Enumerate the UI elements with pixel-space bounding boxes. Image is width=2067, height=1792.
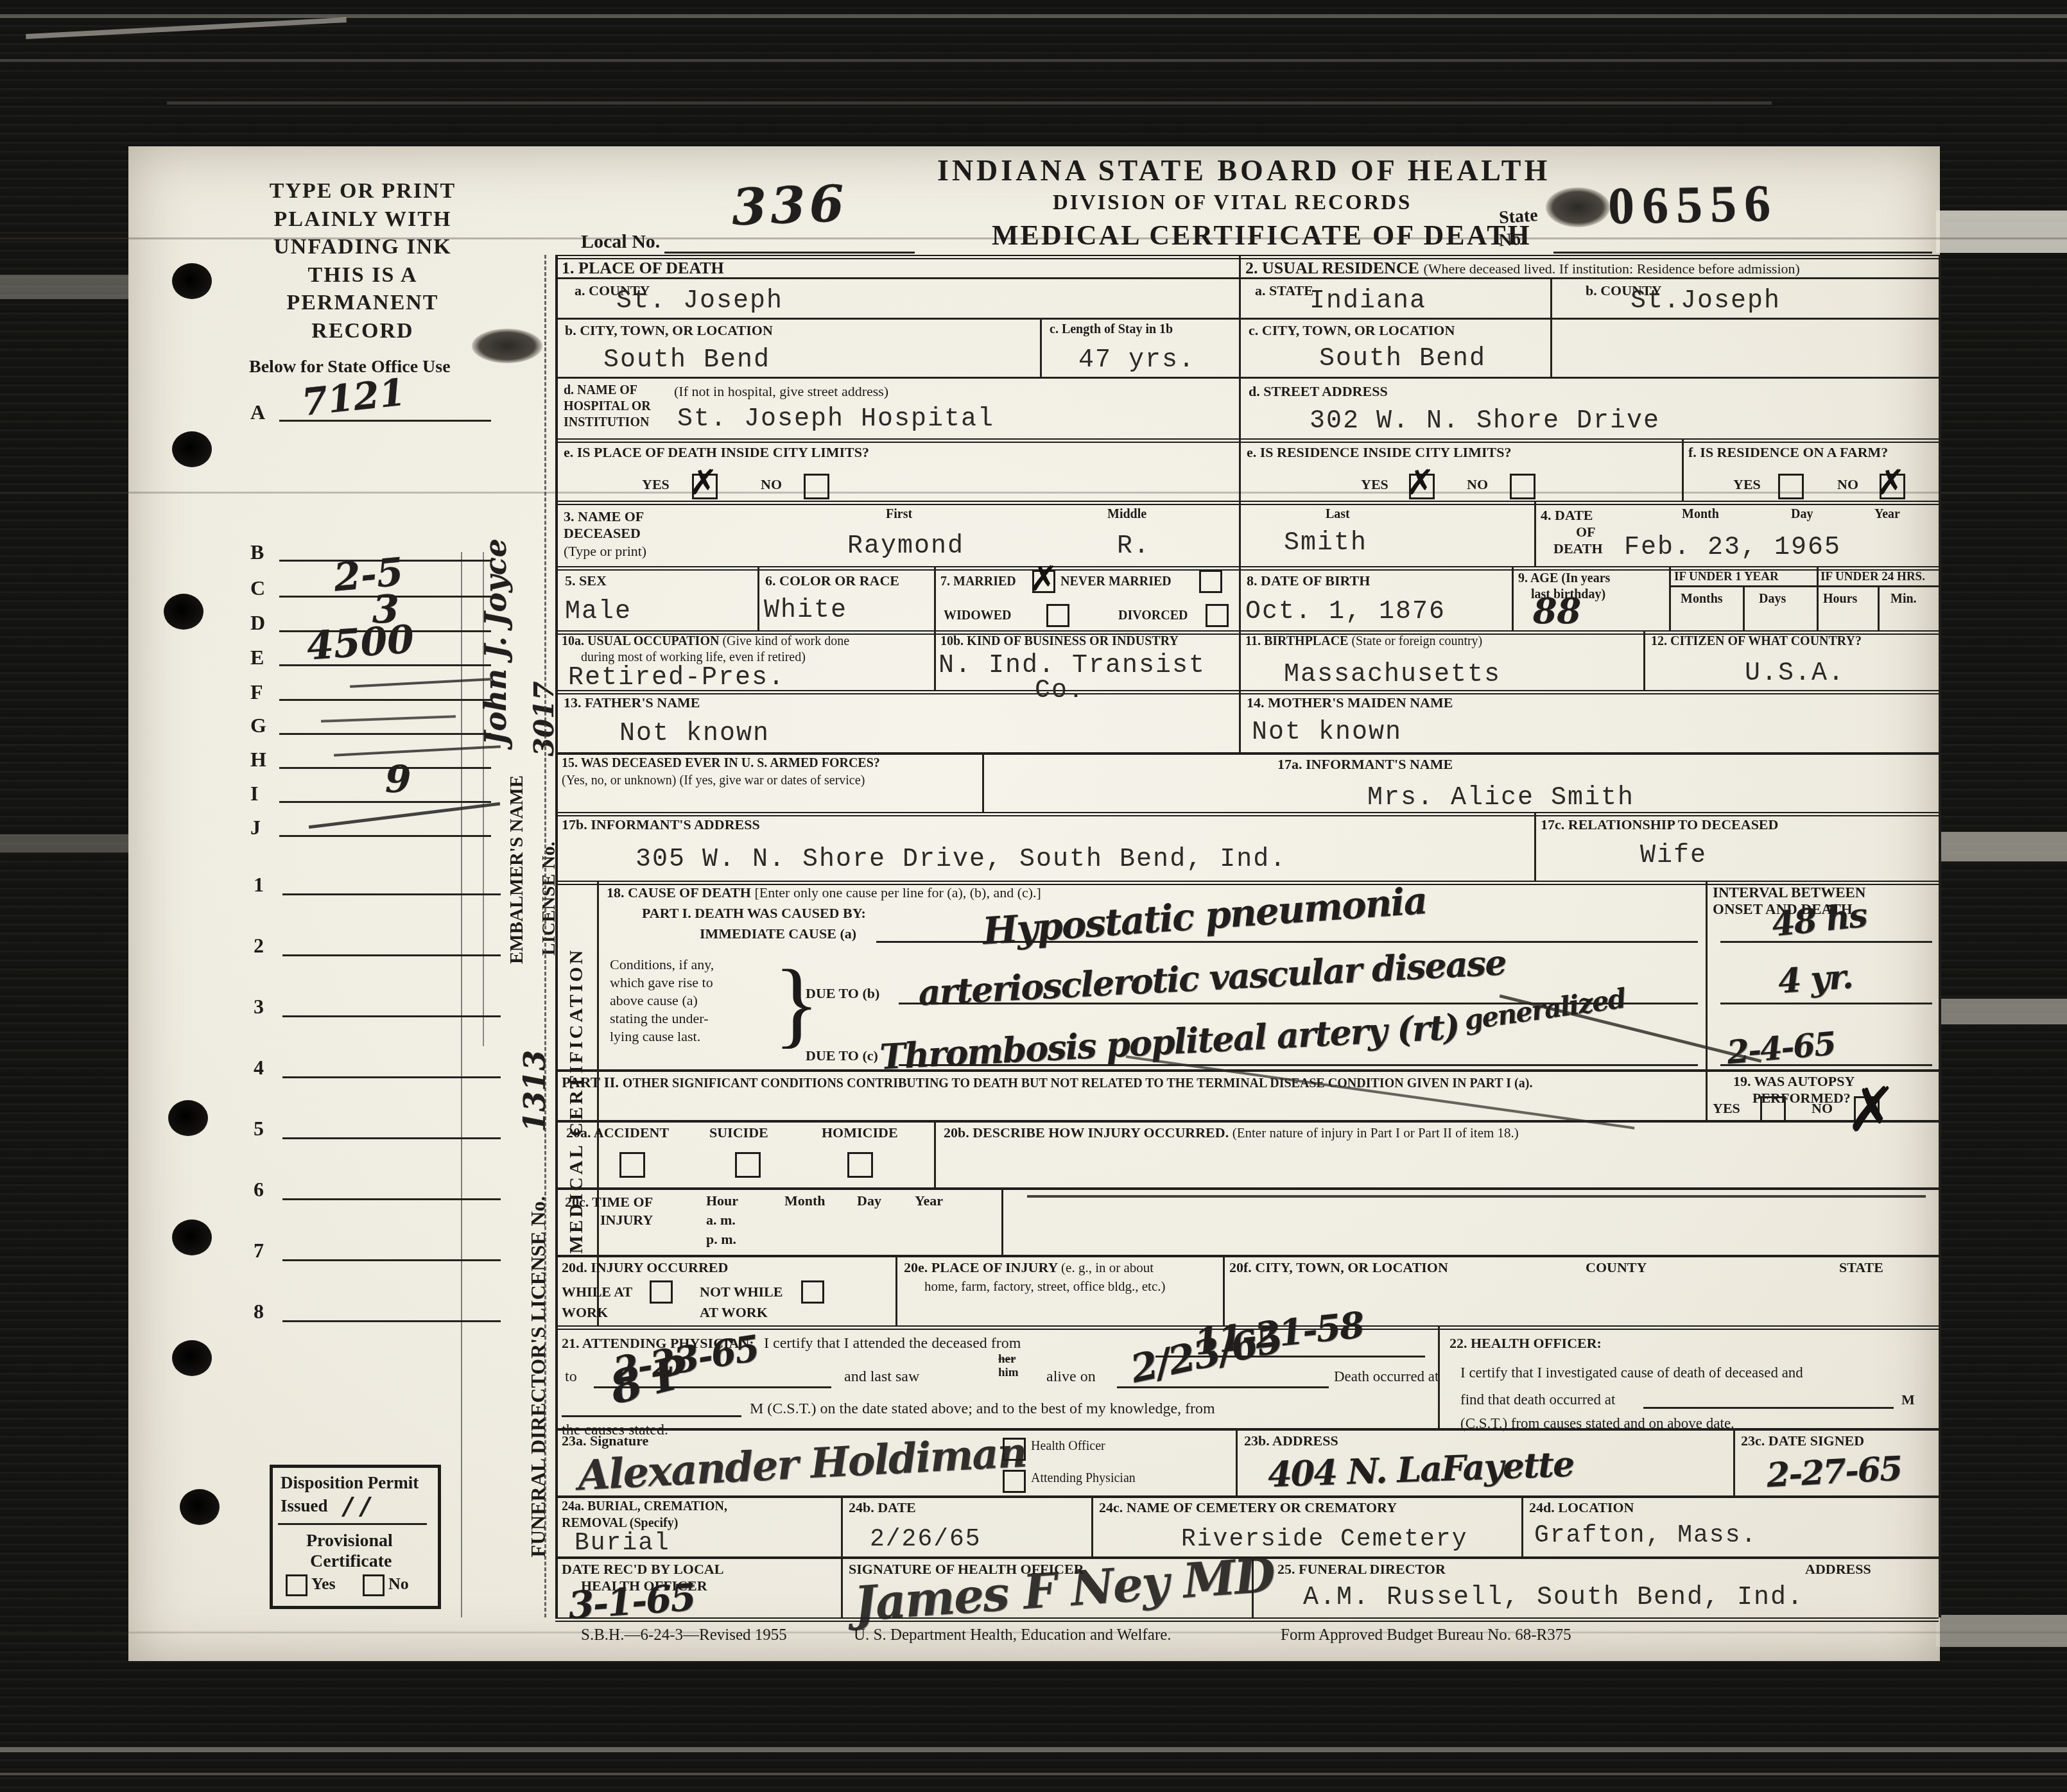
immediate-cause-label: IMMEDIATE CAUSE (a)	[700, 926, 856, 942]
deceased-name-label: 3. NAME OF	[564, 508, 644, 524]
residence-city-label: c. CITY, TOWN, OR LOCATION	[1249, 322, 1455, 338]
autopsy-yes: YES	[1713, 1100, 1740, 1116]
stub-line-label: B	[250, 540, 264, 564]
punch-hole	[172, 431, 212, 467]
health-officer-m: M	[1901, 1391, 1915, 1408]
rule-line	[841, 1495, 843, 1617]
industry-value2: Co.	[1035, 677, 1085, 705]
injury-city-label: 20f. CITY, TOWN, OR LOCATION	[1229, 1259, 1448, 1275]
date-recd-value: 3-1-65	[567, 1578, 696, 1624]
part2-label-text: PART II.	[562, 1074, 619, 1090]
homicide-checkbox	[847, 1152, 873, 1178]
street-address-label: d. STREET ADDRESS	[1249, 383, 1388, 399]
certificate-subtitle2: MEDICAL CERTIFICATE OF DEATH	[992, 220, 1532, 252]
birthplace-label: 11. BIRTHPLACE (State or foreign country…	[1245, 634, 1482, 649]
middle-col: Middle	[1107, 507, 1146, 522]
autopsy-label1: 19. WAS AUTOPSY	[1733, 1073, 1855, 1089]
interval-line-a	[1720, 941, 1932, 943]
stub-line-label: G	[250, 714, 266, 737]
street-address-value: 302 W. N. Shore Drive	[1310, 408, 1660, 436]
stub-instruction-line: PLAINLY WITH	[212, 205, 514, 234]
rule-line	[555, 1495, 1939, 1498]
rule-line	[555, 752, 1939, 755]
last-name-value: Smith	[1284, 530, 1367, 558]
hospital-note: (If not in hospital, give street address…	[674, 383, 888, 399]
rule-line	[1733, 1428, 1735, 1495]
rule-line	[1239, 630, 1241, 690]
citizen-label: 12. CITIZEN OF WHAT COUNTRY?	[1651, 634, 1862, 649]
stub-line	[279, 835, 491, 837]
rule-line	[1939, 255, 1941, 1617]
injury-county-label: COUNTY	[1586, 1259, 1647, 1275]
stub-instruction-line: THIS IS A	[212, 261, 514, 289]
deceased-name-label2: DECEASED	[564, 525, 641, 541]
her-him-stack: her him	[998, 1353, 1019, 1380]
divorced-checkbox	[1206, 604, 1229, 627]
married-checkbox: ✗	[1032, 570, 1055, 593]
stub-instruction-line: UNFADING INK	[212, 233, 514, 261]
death-limits-no-checkbox	[804, 474, 829, 499]
cemetery-label: 24c. NAME OF CEMETERY OR CREMATORY	[1099, 1499, 1397, 1515]
rule-line	[1534, 501, 1536, 566]
stub-perforation	[544, 255, 546, 1617]
stub-line-label: D	[250, 611, 265, 635]
autopsy-no-checkbox: ✗	[1854, 1096, 1880, 1122]
stub-line-label: H	[250, 748, 266, 771]
rule-line	[934, 630, 936, 690]
residence-city-value: South Bend	[1319, 345, 1486, 374]
rule-line	[1239, 690, 1241, 752]
dob-label: 8. DATE OF BIRTH	[1247, 573, 1370, 589]
stub-line-label: C	[250, 576, 265, 600]
stub-instruction-line: PERMANENT	[212, 289, 514, 317]
rule-line	[895, 1255, 897, 1325]
min-col: Min.	[1890, 592, 1917, 607]
stub-line	[282, 1137, 501, 1139]
ink-stamp-mark	[1546, 187, 1610, 227]
certifier-address-value: 404 N. LaFayette	[1267, 1447, 1574, 1492]
rule-line	[1521, 1495, 1523, 1556]
father-value: Not known	[619, 720, 770, 748]
at-work-label: AT WORK	[700, 1304, 768, 1320]
to-label: to	[565, 1368, 577, 1386]
scan-artifact	[1936, 1615, 2067, 1647]
stub-line	[279, 733, 491, 735]
relationship-value: Wife	[1640, 842, 1707, 870]
burial-date-label: 24b. DATE	[849, 1499, 916, 1515]
cemetery-value: Riverside Cemetery	[1181, 1526, 1467, 1553]
conditions-note3: above cause (a)	[610, 992, 698, 1008]
date-signed-value: 2-27-65	[1766, 1452, 1903, 1493]
time-line	[562, 1415, 741, 1417]
death-limits-yes-checkbox: ✗	[692, 474, 718, 499]
signature-label: 23a. Signature	[562, 1433, 648, 1449]
rule-line	[555, 255, 558, 1617]
informant-name-label: 17a. INFORMANT'S NAME	[1277, 756, 1453, 772]
part1-label: PART I. DEATH WAS CAUSED BY:	[642, 905, 866, 921]
health-officer-text2: find that death occurred at	[1460, 1391, 1615, 1408]
rule-line	[1236, 1428, 1238, 1495]
first-name-value: Raymond	[847, 533, 964, 561]
punch-hole	[172, 1219, 212, 1255]
check-mark: ✗	[1876, 465, 1905, 500]
due-to-b-label: DUE TO (b)	[806, 985, 879, 1001]
scan-artifact	[167, 101, 1772, 105]
scan-artifact	[0, 59, 2067, 62]
days-col: Days	[1759, 592, 1786, 607]
rule-line	[555, 812, 1939, 816]
punch-hole	[168, 1100, 208, 1136]
work-label: WORK	[562, 1304, 608, 1320]
local-no-value: 336	[731, 179, 849, 233]
under24-label: IF UNDER 24 HRS.	[1821, 570, 1925, 584]
state-no-label2: No.	[1498, 229, 1526, 252]
armed-forces-label: 15. WAS DECEASED EVER IN U. S. ARMED FOR…	[562, 756, 880, 771]
part2-text: OTHER SIGNIFICANT CONDITIONS CONTRIBUTIN…	[623, 1076, 1533, 1090]
punch-hole	[180, 1489, 220, 1525]
describe-injury-text: 20b. DESCRIBE HOW INJURY OCCURRED.	[944, 1124, 1229, 1141]
middle-name-value: R.	[1117, 533, 1150, 561]
last-col: Last	[1326, 507, 1350, 522]
provisional-label: Provisional	[306, 1531, 393, 1551]
cause-section-text: 18. CAUSE OF DEATH	[607, 884, 751, 900]
year-col2: Year	[915, 1193, 943, 1209]
rule-line	[1040, 318, 1042, 377]
rule-line	[1223, 1255, 1225, 1325]
state-no-value: 06556	[1607, 177, 1778, 233]
rule-line	[1239, 566, 1241, 630]
place-of-injury-note2: home, farm, factory, street, office bldg…	[924, 1279, 1166, 1294]
rule-line	[757, 566, 759, 630]
him-label: him	[998, 1366, 1019, 1380]
funeral-director-address-label: ADDRESS	[1805, 1561, 1871, 1577]
first-col: First	[886, 507, 912, 522]
place-of-injury-label: 20e. PLACE OF INJURY (e. g., in or about	[904, 1259, 1154, 1275]
interval-a-value: 48 hs	[1770, 899, 1868, 942]
armed-forces-note: (Yes, no, or unknown) (If yes, give war …	[562, 773, 865, 788]
dod-label: 4. DATE	[1541, 507, 1593, 523]
rule-line	[1534, 812, 1536, 881]
informant-name-value: Mrs. Alice Smith	[1367, 784, 1634, 813]
disposition-no-label: No	[388, 1574, 409, 1594]
birthplace-value: Massachusetts	[1284, 661, 1501, 689]
certificate-label: Certificate	[310, 1551, 392, 1572]
stub-number-label: 5	[254, 1117, 264, 1141]
embalmer-name-value: John J. Joyce	[481, 538, 510, 745]
ho-role-checkbox	[1003, 1438, 1026, 1461]
mother-label: 14. MOTHER'S MAIDEN NAME	[1247, 694, 1453, 711]
father-label: 13. FATHER'S NAME	[564, 694, 700, 711]
death-limits-yes: YES	[642, 476, 670, 492]
hospital-value: St. Joseph Hospital	[677, 406, 994, 434]
mother-value: Not known	[1252, 719, 1402, 747]
citizen-value: U.S.A.	[1745, 660, 1845, 688]
city-value: South Bend	[603, 347, 770, 375]
stub-number-label: 8	[254, 1300, 264, 1323]
residence-county-value: St.Joseph	[1630, 288, 1781, 316]
funeral-director-label: 25. FUNERAL DIRECTOR	[1277, 1561, 1446, 1577]
race-value: White	[764, 597, 847, 625]
funeral-director-value: A.M. Russell, South Bend, Ind.	[1303, 1584, 1804, 1612]
rule-line	[1643, 630, 1645, 690]
farm-yes-checkbox	[1778, 474, 1804, 499]
date-recd-label: DATE REC'D BY LOCAL	[562, 1561, 723, 1577]
stub-instructions: TYPE OR PRINT PLAINLY WITH UNFADING INK …	[212, 177, 514, 345]
date-signed-label: 23c. DATE SIGNED	[1741, 1433, 1864, 1449]
rule-line	[1878, 585, 1880, 630]
divorced-label: DIVORCED	[1118, 608, 1188, 623]
dod-label3: DEATH	[1553, 540, 1603, 556]
while-at-work-checkbox	[650, 1280, 673, 1304]
rule-line	[1682, 438, 1684, 501]
scan-artifact	[0, 834, 128, 852]
stub-line	[282, 1259, 501, 1261]
scan-artifact	[1936, 832, 2067, 861]
stay-value: 47 yrs.	[1078, 347, 1195, 375]
birthplace-label-text: 11. BIRTHPLACE	[1245, 634, 1348, 648]
ink-stamp-mark	[472, 329, 542, 363]
dob-value: Oct. 1, 1876	[1245, 598, 1446, 626]
rule-line	[555, 501, 1939, 505]
disposition-yes-label: Yes	[311, 1574, 336, 1594]
check-mark: ✗	[1846, 1079, 1897, 1141]
state-no-line	[1553, 252, 1932, 254]
race-label: 6. COLOR OR RACE	[765, 573, 899, 589]
describe-injury-label: 20b. DESCRIBE HOW INJURY OCCURRED. (Ente…	[944, 1124, 1519, 1141]
hospital-label: d. NAME OF	[564, 383, 637, 398]
stub-number-label: 2	[254, 934, 264, 958]
stub-line-value: 7121	[300, 374, 407, 422]
cause-section-label: 18. CAUSE OF DEATH [Enter only one cause…	[607, 884, 1041, 900]
farm-no-checkbox: ✗	[1880, 474, 1905, 499]
stub-line	[282, 1198, 501, 1200]
under1-label: IF UNDER 1 YEAR	[1674, 570, 1779, 584]
ap-role-label: Attending Physician	[1031, 1471, 1136, 1486]
dod-value: Feb. 23, 1965	[1624, 534, 1841, 562]
rule-line	[1669, 585, 1939, 587]
scan-artifact	[26, 17, 347, 39]
place-of-death-section: 1. PLACE OF DEATH	[562, 259, 724, 278]
rule-line	[555, 377, 1939, 379]
certificate-title: INDIANA STATE BOARD OF HEALTH	[937, 154, 1550, 188]
death-limits-no: NO	[761, 476, 782, 492]
ho-role-label: Health Officer	[1031, 1439, 1105, 1454]
check-mark: ✗	[1029, 562, 1058, 596]
stub-line	[279, 699, 491, 701]
industry-label: 10b. KIND OF BUSINESS OR INDUSTRY	[940, 634, 1179, 649]
stub-instruction-line: RECORD	[212, 317, 514, 345]
rule-line	[555, 318, 1939, 320]
residence-limits-no-checkbox	[1510, 474, 1535, 499]
footer-department: U. S. Department Health, Education and W…	[854, 1626, 1172, 1645]
interval-line-b	[1720, 1003, 1932, 1004]
widowed-label: WIDOWED	[944, 608, 1012, 623]
her-label: her	[998, 1353, 1019, 1366]
footer-budget-bureau: Form Approved Budget Bureau No. 68-R375	[1281, 1626, 1571, 1645]
dod-label2: OF	[1576, 524, 1596, 540]
scan-artifact	[0, 275, 128, 299]
conditions-note4: stating the under-	[610, 1010, 709, 1026]
cause-section-note: [Enter only one cause per line for (a), …	[754, 884, 1041, 900]
residence-limits-no: NO	[1467, 476, 1488, 492]
check-mark: ✗	[689, 465, 718, 500]
never-married-checkbox	[1199, 570, 1222, 593]
rule-line	[555, 1617, 1939, 1622]
disposition-yes-checkbox	[286, 1574, 307, 1596]
state-office-use-label: Below for State Office Use	[249, 357, 451, 377]
rule-line	[1001, 1187, 1003, 1255]
relationship-label: 17c. RELATIONSHIP TO DECEASED	[1541, 816, 1778, 832]
rule-line	[1743, 585, 1745, 630]
burial-type-label: 24a. BURIAL, CREMATION,	[562, 1499, 727, 1514]
conditions-note5: lying cause last.	[610, 1028, 700, 1044]
rule-line	[555, 1187, 1939, 1190]
health-officer-text1: I certify that I investigated cause of d…	[1460, 1365, 1803, 1381]
rule-line	[1669, 566, 1671, 630]
physician-text1: I certify that I attended the deceased f…	[764, 1335, 1021, 1353]
stub-line-label: J	[250, 816, 261, 840]
suicide-label: SUICIDE	[709, 1124, 768, 1141]
disposition-issued-label: Issued	[281, 1496, 328, 1516]
autopsy-no: NO	[1812, 1100, 1833, 1116]
deceased-name-note: (Type or print)	[564, 543, 646, 559]
stub-line-value: 4500	[306, 620, 415, 666]
physician-text2c: Death occurred at	[1334, 1368, 1439, 1385]
ho-death-time-line	[1643, 1407, 1894, 1409]
scan-artifact	[0, 1747, 2067, 1752]
rule-line	[1550, 277, 1552, 377]
place-of-injury-text: 20e. PLACE OF INJURY	[904, 1259, 1058, 1275]
stub-number-label: 7	[254, 1239, 264, 1262]
stub-line-value: 9	[385, 761, 411, 798]
hour-col: Hour	[706, 1193, 738, 1209]
physician-text2: and last saw	[844, 1368, 919, 1386]
stub-number-label: 3	[254, 995, 264, 1019]
hospital-label3: INSTITUTION	[564, 415, 649, 430]
married-label: 7. MARRIED	[940, 574, 1016, 589]
stub-line-label: I	[250, 782, 258, 806]
year-col: Year	[1874, 507, 1900, 522]
residence-state-label: a. STATE	[1255, 282, 1313, 298]
scan-artifact	[0, 14, 2067, 18]
footer-form-number: S.B.H.—6-24-3—Revised 1955	[581, 1626, 787, 1645]
residence-city-limits-label: e. IS RESIDENCE INSIDE CITY LIMITS?	[1247, 444, 1511, 460]
stub-instruction-line: TYPE OR PRINT	[212, 177, 514, 205]
age-label: 9. AGE (In years	[1518, 571, 1610, 586]
scanned-death-certificate: TYPE OR PRINT PLAINLY WITH UNFADING INK …	[0, 0, 2067, 1792]
local-no-label: Local No.	[581, 231, 660, 254]
conditions-note2: which gave rise to	[610, 974, 713, 990]
state-no-label: State	[1498, 205, 1539, 228]
stub-line-label: A	[250, 401, 265, 424]
scan-artifact	[1027, 1195, 1926, 1198]
rule-line	[461, 552, 462, 1617]
time-of-injury-label: 20c. TIME OF	[565, 1194, 653, 1210]
part2-label: PART II. OTHER SIGNIFICANT CONDITIONS CO…	[562, 1074, 1532, 1091]
residence-limits-yes-checkbox: ✗	[1409, 474, 1435, 499]
suicide-checkbox	[735, 1152, 761, 1178]
burial-date-value: 2/26/65	[870, 1526, 982, 1553]
burial-location-label: 24d. LOCATION	[1529, 1499, 1634, 1515]
conditions-brace: }	[774, 949, 820, 1060]
age-value: 88	[1533, 594, 1581, 628]
scan-artifact	[0, 1773, 2067, 1775]
burial-type-label2: REMOVAL (Specify)	[562, 1516, 678, 1531]
health-officer-label: 22. HEALTH OFFICER:	[1449, 1335, 1602, 1351]
rule-line	[278, 1523, 427, 1525]
burial-type-value: Burial	[575, 1530, 670, 1557]
stub-number-label: 4	[254, 1056, 264, 1080]
rule-line	[555, 438, 1939, 443]
rule-line	[1512, 566, 1514, 630]
rule-line	[1706, 881, 1708, 1120]
stub-line	[282, 893, 501, 895]
punch-hole	[164, 594, 203, 630]
injury-state-label: STATE	[1839, 1259, 1883, 1275]
residence-section-label: 2. USUAL RESIDENCE	[1245, 259, 1419, 277]
stub-line	[282, 954, 501, 956]
due-to-c-label: DUE TO (c)	[806, 1047, 878, 1064]
county-value: St. Joseph	[616, 288, 783, 316]
stub-line-label: F	[250, 680, 263, 704]
disposition-issued-marks: / /	[343, 1494, 370, 1518]
health-officer-text3: (C.S.T.) from causes stated and on above…	[1460, 1415, 1734, 1432]
occupation-value: Retired-Pres.	[568, 664, 785, 693]
residence-farm-label: f. IS RESIDENCE ON A FARM?	[1688, 444, 1888, 460]
day-col: Day	[1791, 507, 1813, 522]
birthplace-note: (State or foreign country)	[1351, 634, 1482, 648]
rule-line	[934, 566, 936, 630]
hours-col: Hours	[1823, 592, 1857, 607]
never-married-label: NEVER MARRIED	[1060, 574, 1172, 589]
rule-line	[982, 752, 984, 812]
local-no-line	[664, 252, 915, 254]
certificate-subtitle: DIVISION OF VITAL RECORDS	[1053, 191, 1412, 216]
sex-value: Male	[565, 598, 632, 626]
rule-line	[1817, 566, 1819, 630]
death-city-limits-label: e. IS PLACE OF DEATH INSIDE CITY LIMITS?	[564, 444, 869, 460]
stub-line	[282, 1076, 501, 1078]
time-of-injury-label2: INJURY	[600, 1212, 653, 1228]
residence-limits-yes: YES	[1361, 476, 1388, 492]
pm-label: p. m.	[706, 1231, 736, 1247]
city-label: b. CITY, TOWN, OR LOCATION	[565, 322, 773, 338]
embalmer-name-label: EMBALMER'S NAME	[506, 775, 528, 964]
punch-hole	[172, 263, 212, 299]
farm-no: NO	[1837, 476, 1858, 492]
stub-number-label: 6	[254, 1178, 264, 1202]
certifier-address-label: 23b. ADDRESS	[1244, 1433, 1338, 1449]
residence-state-value: Indiana	[1310, 288, 1426, 316]
interval-b-value: 4 yr.	[1777, 960, 1853, 999]
check-mark: ✗	[1406, 465, 1435, 500]
farm-yes: YES	[1733, 476, 1761, 492]
occupation-note: (Give kind of work done	[722, 634, 849, 648]
occupation-label-text: 10a. USUAL OCCUPATION	[562, 634, 719, 648]
describe-injury-note: (Enter nature of injury in Part I or Par…	[1232, 1125, 1519, 1141]
injury-occurred-label: 20d. INJURY OCCURRED	[562, 1259, 728, 1275]
stub-line	[282, 1015, 501, 1017]
stub-line	[279, 801, 491, 803]
day-col2: Day	[857, 1193, 881, 1209]
stay-label: c. Length of Stay in 1b	[1050, 322, 1173, 337]
rule-line	[555, 1120, 1939, 1123]
residence-section: 2. USUAL RESIDENCE (Where deceased lived…	[1245, 259, 1800, 278]
physician-text2b: alive on	[1046, 1368, 1096, 1386]
conditions-note1: Conditions, if any,	[610, 956, 714, 972]
disposition-no-checkbox	[363, 1574, 385, 1596]
burial-location-value: Grafton, Mass.	[1534, 1522, 1757, 1549]
